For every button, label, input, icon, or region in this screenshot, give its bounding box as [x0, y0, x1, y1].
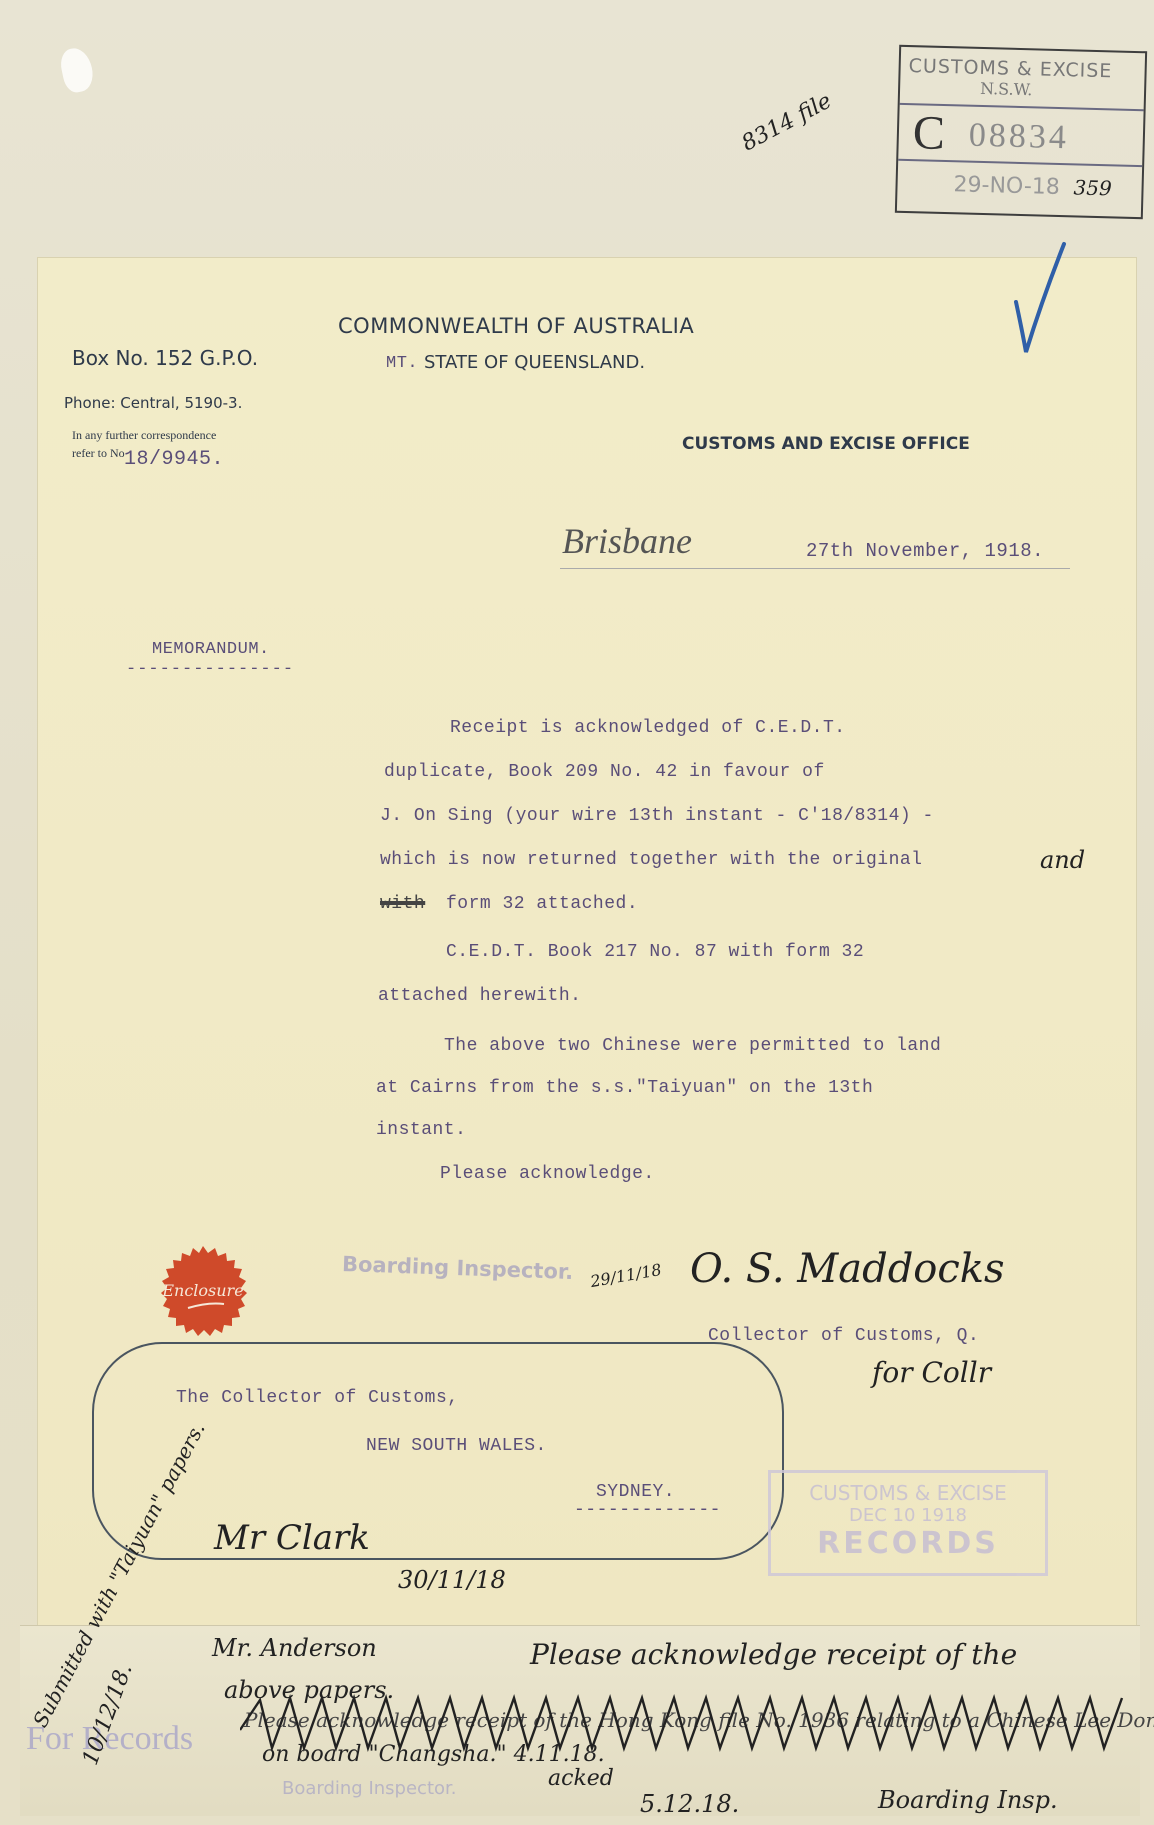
letterhead-office: CUSTOMS AND EXCISE OFFICE	[682, 434, 970, 454]
records-stamp-date: DEC 10 1918	[771, 1505, 1045, 1526]
receipt-stamp: CUSTOMS & EXCISE N.S.W. C 08834 29-NO-18…	[895, 45, 1147, 219]
body-p3-line3: instant.	[376, 1120, 466, 1140]
body-p1-line3: J. On Sing (your wire 13th instant - C'1…	[380, 806, 934, 826]
collector-signature: O. S. Maddocks	[690, 1246, 1005, 1292]
body-p1-line1: Receipt is acknowledged of C.E.D.T.	[450, 718, 846, 738]
address-underline: -------------	[574, 1500, 721, 1520]
signature-title: Collector of Customs, Q.	[708, 1326, 979, 1346]
receipt-stamp-date: 29-NO-18	[953, 172, 1060, 200]
minute-acked: acked	[548, 1766, 614, 1791]
letterhead-state-prefix: MT.	[386, 354, 418, 373]
receipt-stamp-title: CUSTOMS & EXCISE	[908, 55, 1112, 82]
body-handwritten-and: and	[1040, 846, 1085, 874]
letterhead-phone: Phone: Central, 5190-3.	[64, 394, 242, 412]
letterhead-title: COMMONWEALTH OF AUSTRALIA	[338, 314, 694, 338]
address-line1: The Collector of Customs,	[176, 1388, 459, 1408]
body-p3-line1: The above two Chinese were permitted to …	[444, 1036, 941, 1056]
letterhead-state: STATE OF QUEENSLAND.	[424, 352, 645, 373]
receipt-stamp-number: 08834	[968, 117, 1069, 158]
receipt-stamp-handwritten-number: 359	[1073, 175, 1112, 200]
letterhead-place: Brisbane	[562, 520, 692, 562]
memo-heading: MEMORANDUM.	[152, 640, 270, 659]
body-p1-line2: duplicate, Book 209 No. 42 in favour of	[384, 762, 825, 782]
address-line2: NEW SOUTH WALES.	[366, 1436, 547, 1456]
letter-date: 27th November, 1918.	[806, 540, 1044, 562]
memo-heading-underline: ---------------	[126, 660, 294, 679]
body-p1-line5: form 32 attached.	[446, 894, 638, 914]
body-p3-line2: at Cairns from the s.s."Taiyuan" on the …	[376, 1078, 873, 1098]
minute-note1: Please acknowledge receipt of the	[530, 1638, 1017, 1671]
body-p1-line4: which is now returned together with the …	[380, 850, 922, 870]
receipt-stamp-letter: C	[912, 105, 945, 161]
minute-acked-date: 5.12.18.	[640, 1790, 739, 1818]
minute-bottom-stamp: Boarding Inspector.	[282, 1778, 457, 1799]
letterhead-refer-line: In any further correspondence	[72, 428, 216, 443]
records-stamp-line1: CUSTOMS & EXCISE	[771, 1481, 1045, 1505]
receipt-stamp-subtitle: N.S.W.	[980, 79, 1033, 99]
body-p2-line2: attached herewith.	[378, 986, 581, 1006]
records-stamp: CUSTOMS & EXCISE DEC 10 1918 RECORDS	[768, 1470, 1048, 1576]
svg-text:Enclosure: Enclosure	[161, 1281, 243, 1300]
initial-date: 30/11/18	[398, 1566, 506, 1594]
enclosure-seal-icon: Enclosure	[158, 1246, 248, 1336]
letterhead-refer-prefix: refer to No	[72, 446, 125, 461]
address-line3: SYDNEY.	[596, 1482, 675, 1502]
letterhead-refer-number: 18/9945.	[124, 448, 224, 471]
minute-inspector-signature: Boarding Insp.	[878, 1786, 1058, 1814]
body-struck-with: with	[380, 894, 425, 914]
body-p4: Please acknowledge.	[440, 1164, 655, 1184]
minute-addressee: Mr. Anderson	[212, 1634, 377, 1662]
minute-note3: on board "Changsha." 4.11.18.	[262, 1742, 605, 1767]
records-stamp-label: RECORDS	[771, 1526, 1045, 1561]
body-p2-line1: C.E.D.T. Book 217 No. 87 with form 32	[446, 942, 864, 962]
signature-for: for Collr	[872, 1356, 991, 1389]
letterhead-box: Box No. 152 G.P.O.	[72, 346, 258, 370]
address-handwritten-mr-clark: Mr Clark	[214, 1518, 370, 1558]
checkmark-icon	[1012, 240, 1068, 360]
